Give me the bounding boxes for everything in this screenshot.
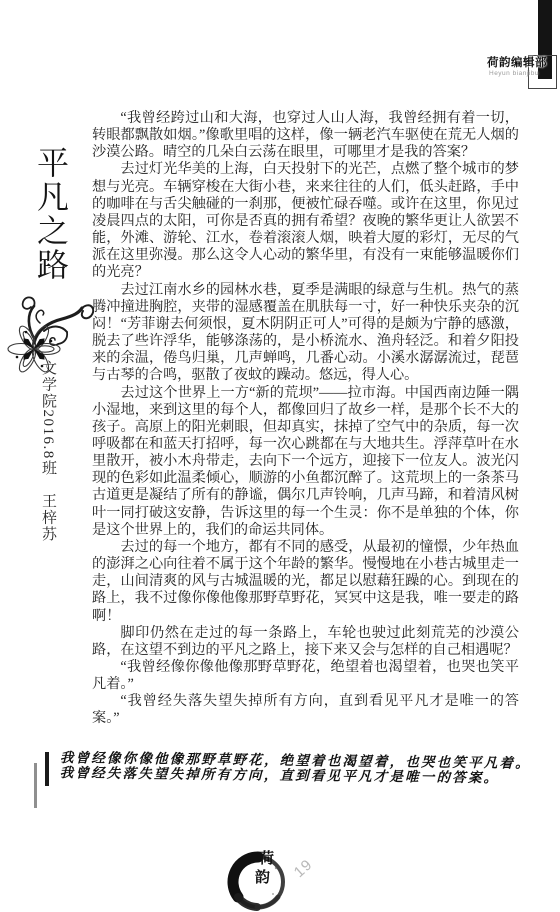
logo-character-he: 荷 <box>259 852 274 867</box>
article-body: “我曾经跨过山和大海，也穿过人山人海，我曾经拥有着一切，转眼都飘散如烟。”像歌里… <box>92 110 519 728</box>
page-title: 平凡之路 <box>29 146 73 282</box>
article-paragraph: “我曾经跨过山和大海，也穿过人山人海，我曾经拥有着一切，转眼都飘散如烟。”像歌里… <box>92 110 519 161</box>
article-paragraph: “我曾经失落失望失掉所有方向，直到看见平凡才是唯一的答案。” <box>92 693 519 727</box>
article-paragraph: 去过江南水乡的园林水巷，夏季是满眼的绿意与生机。热气的蒸腾冲撞进胸腔，夹带的湿感… <box>92 282 519 385</box>
pull-quote: 我曾经像你像他像那野草野花，绝望着也渴望着，也哭也笑平凡着。 我曾经失落失望失掉… <box>60 750 538 786</box>
masthead-dept-name: 荷韵编辑部 <box>487 54 549 70</box>
footer-logo: 荷 韵 19 <box>226 848 356 912</box>
article-paragraph: 脚印仍然在走过的每一条路上，车轮也驶过此刻荒芜的沙漠公路，在这望不到边的平凡之路… <box>92 625 519 659</box>
article-paragraph: “我曾经像你像他像那野草野花，绝望着也渴望着，也哭也笑平凡着。” <box>92 659 519 693</box>
article-paragraph: 去过灯光华美的上海，白天投射下的光芒，点燃了整个城市的梦想与光亮。车辆穿梭在大街… <box>92 161 519 281</box>
article-paragraph: 去过的每一个地方，都有不同的感受，从最初的憧憬，少年热血的澎湃之心向往着不属于这… <box>92 539 519 625</box>
masthead-dept-pinyin: Heyun bianjibu <box>489 70 539 77</box>
pull-quote-black-rule <box>45 752 49 786</box>
pull-quote-gray-rule <box>34 763 37 808</box>
logo-character-yun: 韵 <box>255 871 270 886</box>
author-byline: 文学院2016.8班 王梓苏 <box>38 360 58 542</box>
article-paragraph: 去过这个世界上一方“新的荒坝”——拉市海。中国西南边陲一隅小湿地，来到这里的每个… <box>92 385 519 539</box>
page-number: 19 <box>291 856 316 881</box>
